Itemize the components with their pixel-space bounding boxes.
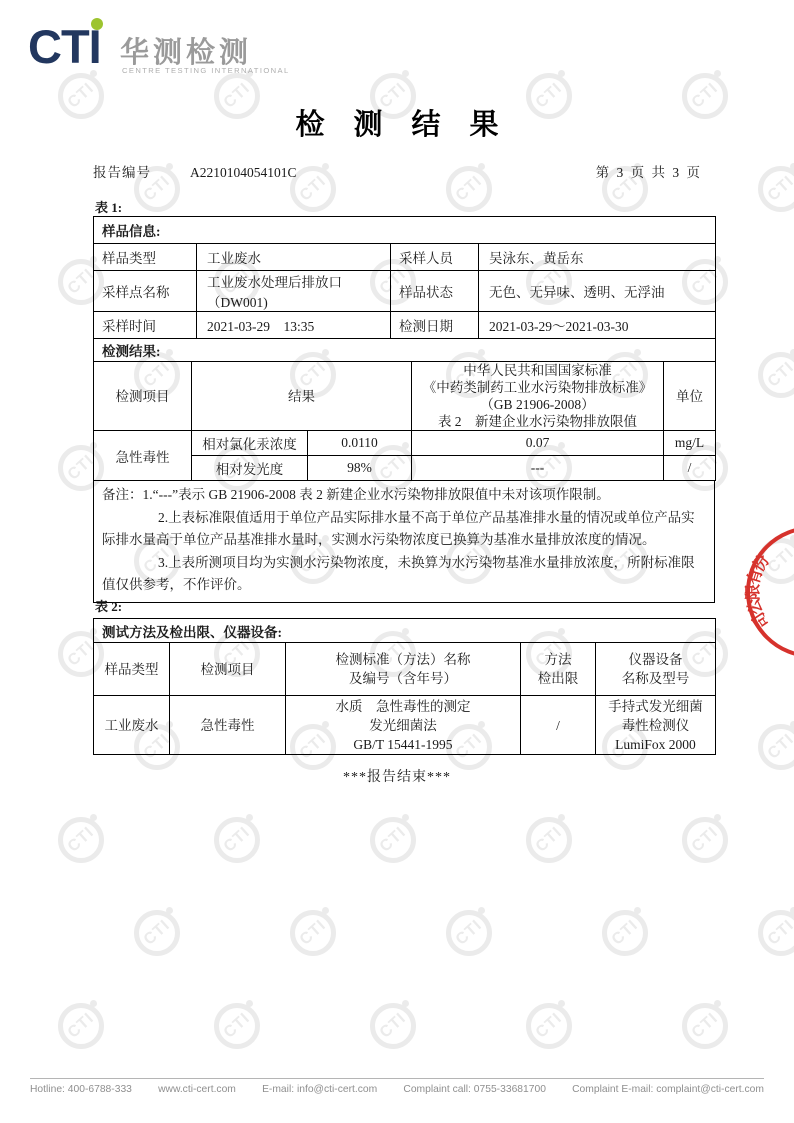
footer-website: www.cti-cert.com <box>158 1084 236 1095</box>
col-header-item: 检测项目 <box>94 362 192 431</box>
result-subitem: 相对发光度 <box>192 456 308 481</box>
results-section-label: 检测结果: <box>94 339 716 362</box>
method-test-item: 急性毒性 <box>170 696 286 755</box>
remarks-block: 备注：1.“---”表示 GB 21906-2008 表 2 新建企业水污染物排… <box>93 480 715 603</box>
cti-logo-text: CTI <box>28 16 101 78</box>
col-header-test-item: 检测项目 <box>170 643 286 696</box>
unit-value: / <box>664 456 716 481</box>
table-row: 样品类型 工业废水 采样人员 吴泳东、黄岳东 <box>94 244 716 271</box>
page-indicator: 第 3 页 共 3 页 <box>596 161 702 181</box>
sampling-time-label: 采样时间 <box>94 312 197 339</box>
report-meta-row: 报告编号 A2210104054101C 第 3 页 共 3 页 <box>93 161 702 181</box>
remark-line: 3.上表所测项目均为实测水污染物浓度，未换算为水污染物基准水量排放浓度，所附标准… <box>102 552 706 597</box>
test-results-table: 检测结果: 检测项目 结果 中华人民共和国国家标准 《中药类制药工业水污染物排放… <box>93 338 716 481</box>
cti-logo: CTI 华测检测 CENTRE TESTING INTERNATIONAL <box>28 16 101 86</box>
method-standard: 水质 急性毒性的测定 发光细菌法 GB/T 15441-1995 <box>286 696 521 755</box>
limit-value: 0.07 <box>412 431 664 456</box>
page-title: 检 测 结 果 <box>0 102 794 143</box>
report-no-value: A2210104054101C <box>190 165 596 181</box>
footer-divider <box>30 1078 764 1079</box>
sampling-point-label: 采样点名称 <box>94 271 197 312</box>
col-header-sample-type: 样品类型 <box>94 643 170 696</box>
table2: 测试方法及检出限、仪器设备: 样品类型 检测项目 检测标准（方法）名称 及编号（… <box>93 618 715 755</box>
report-end-marker: ***报告结束*** <box>0 766 794 786</box>
col-header-unit: 单位 <box>664 362 716 431</box>
table-row: 采样点名称 工业废水处理后排放口（DW001) 样品状态 无色、无异味、透明、无… <box>94 271 716 312</box>
sample-type-label: 样品类型 <box>94 244 197 271</box>
method-instrument: 手持式发光细菌毒性检测仪 LumiFox 2000 <box>596 696 716 755</box>
remark-line: 备注：1.“---”表示 GB 21906-2008 表 2 新建企业水污染物排… <box>102 484 706 507</box>
sample-info-table: 样品信息: 样品类型 工业废水 采样人员 吴泳东、黄岳东 采样点名称 工业废水处… <box>93 216 716 339</box>
footer-complaint-call: Complaint call: 0755-33681700 <box>403 1084 546 1095</box>
footer-email: E-mail: info@cti-cert.com <box>262 1084 377 1095</box>
col-header-detection-limit: 方法 检出限 <box>521 643 596 696</box>
cti-logo-green-dot-icon <box>91 18 103 30</box>
report-no-label: 报告编号 <box>93 161 190 181</box>
table2-caption: 表 2: <box>95 596 122 615</box>
sample-type-value: 工业废水 <box>197 244 391 271</box>
methods-table: 测试方法及检出限、仪器设备: 样品类型 检测项目 检测标准（方法）名称 及编号（… <box>93 618 716 755</box>
sample-state-value: 无色、无异味、透明、无浮油 <box>479 271 716 312</box>
result-subitem: 相对氯化汞浓度 <box>192 431 308 456</box>
cti-logo-chinese-name: 华测检测 <box>120 30 252 71</box>
col-header-instrument: 仪器设备 名称及型号 <box>596 643 716 696</box>
result-value: 0.0110 <box>308 431 412 456</box>
sampler-value: 吴泳东、黄岳东 <box>479 244 716 271</box>
unit-value: mg/L <box>664 431 716 456</box>
test-item-name: 急性毒性 <box>94 431 192 481</box>
results-header-row: 检测项目 结果 中华人民共和国国家标准 《中药类制药工业水污染物排放标准》 （G… <box>94 362 716 431</box>
method-sample-type: 工业废水 <box>94 696 170 755</box>
test-date-value: 2021-03-29～2021-03-30 <box>479 312 716 339</box>
table1: 样品信息: 样品类型 工业废水 采样人员 吴泳东、黄岳东 采样点名称 工业废水处… <box>93 216 715 603</box>
table1-caption: 表 1: <box>95 197 122 216</box>
methods-header-row: 样品类型 检测项目 检测标准（方法）名称 及编号（含年号） 方法 检出限 仪器设… <box>94 643 716 696</box>
test-date-label: 检测日期 <box>391 312 479 339</box>
table-row: 采样时间 2021-03-29 13:35 检测日期 2021-03-29～20… <box>94 312 716 339</box>
col-header-standard: 中华人民共和国国家标准 《中药类制药工业水污染物排放标准》 （GB 21906-… <box>412 362 664 431</box>
footer-complaint-email: Complaint E-mail: complaint@cti-cert.com <box>572 1084 764 1095</box>
sample-info-section-label: 样品信息: <box>94 217 716 244</box>
sampling-point-value: 工业废水处理后排放口（DW001) <box>197 271 391 312</box>
sample-state-label: 样品状态 <box>391 271 479 312</box>
footer-contact-bar: Hotline: 400-6788-333 www.cti-cert.com E… <box>30 1084 764 1095</box>
table-row: 急性毒性 相对氯化汞浓度 0.0110 0.07 mg/L <box>94 431 716 456</box>
remark-line: 2.上表标准限值适用于单位产品实际排水量不高于单位产品基准排水量的情况或单位产品… <box>102 507 706 552</box>
col-header-result: 结果 <box>192 362 412 431</box>
sampling-time-value: 2021-03-29 13:35 <box>197 312 391 339</box>
table-row: 工业废水 急性毒性 水质 急性毒性的测定 发光细菌法 GB/T 15441-19… <box>94 696 716 755</box>
cti-logo-english-name: CENTRE TESTING INTERNATIONAL <box>122 66 290 75</box>
result-value: 98% <box>308 456 412 481</box>
footer-hotline: Hotline: 400-6788-333 <box>30 1084 132 1095</box>
methods-section-label: 测试方法及检出限、仪器设备: <box>94 619 716 643</box>
col-header-method-standard: 检测标准（方法）名称 及编号（含年号） <box>286 643 521 696</box>
sampler-label: 采样人员 <box>391 244 479 271</box>
limit-value: --- <box>412 456 664 481</box>
method-detection-limit: / <box>521 696 596 755</box>
